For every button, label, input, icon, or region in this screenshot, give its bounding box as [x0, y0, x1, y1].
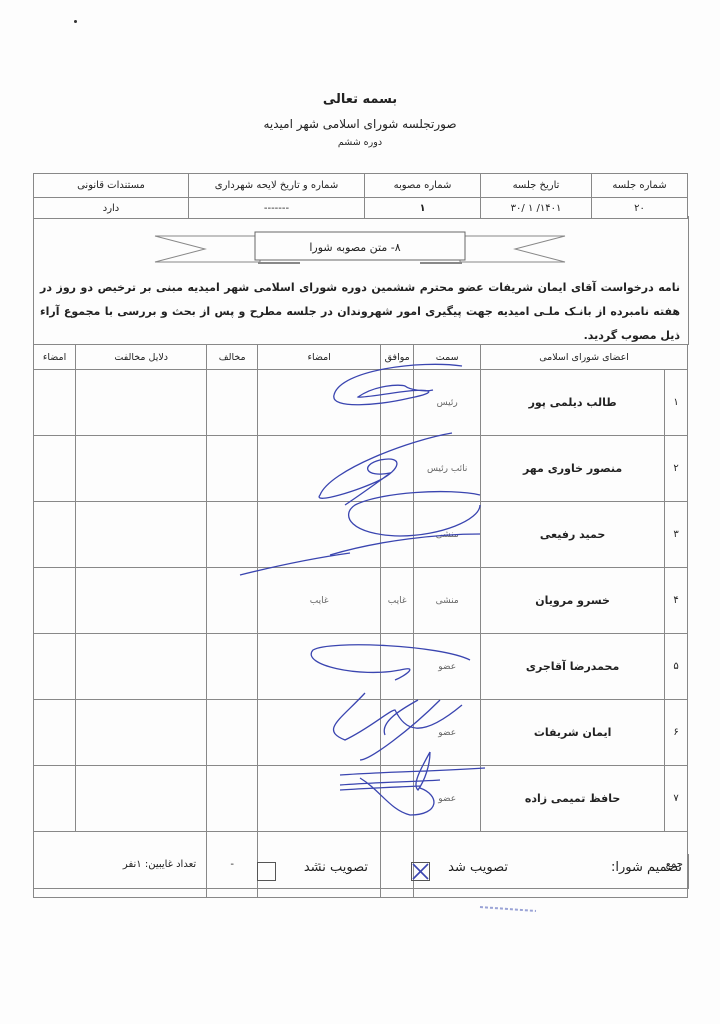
oppose-cell [207, 370, 258, 436]
member-number: ۳ [665, 502, 688, 568]
meta-header: مستندات قانونی [34, 174, 189, 198]
reasons-cell [76, 436, 207, 502]
signature-cell [258, 634, 381, 700]
agree-cell [381, 634, 414, 700]
meta-header: تاریخ جلسه [481, 174, 592, 198]
signature2-cell [34, 568, 76, 634]
scan-speck [74, 20, 77, 23]
approved-label: تصویب شد [448, 860, 508, 875]
oppose-cell [207, 766, 258, 832]
member-number: ۴ [665, 568, 688, 634]
reasons-cell [76, 700, 207, 766]
member-role: منشی [414, 502, 481, 568]
table-row: ۷ حافظ تمیمی زاده عضو [34, 766, 688, 832]
member-name: حافظ تمیمی زاده [481, 766, 665, 832]
member-role: عضو [414, 766, 481, 832]
member-name: ایمان شریفات [481, 700, 665, 766]
oppose-cell [207, 502, 258, 568]
signature2-cell [34, 502, 76, 568]
approved-checkbox[interactable] [411, 862, 430, 881]
member-role: عضو [414, 634, 481, 700]
signature-cell [258, 370, 381, 436]
agree-cell [381, 370, 414, 436]
agree-cell [381, 700, 414, 766]
resolution-heading: ۸- متن مصوبه شورا [255, 236, 455, 260]
signature2-cell [34, 436, 76, 502]
meta-header: شماره مصوبه [365, 174, 481, 198]
x-mark-icon [412, 863, 429, 880]
agree-cell: غایب [381, 568, 414, 634]
resolution-text: نامه درخواست آقای ایمان شریفات عضو محترم… [40, 276, 680, 348]
member-number: ۲ [665, 436, 688, 502]
col-header-members: اعضای شورای اسلامی [481, 345, 688, 370]
signature2-cell [34, 634, 76, 700]
rejected-label: تصویب نشد [304, 860, 368, 875]
document-title: صورتجلسه شورای اسلامی شهر امیدیه [0, 117, 720, 131]
reasons-cell [76, 502, 207, 568]
signature-cell [258, 700, 381, 766]
signature-cell: غایب [258, 568, 381, 634]
member-number: ۱ [665, 370, 688, 436]
reasons-cell [76, 370, 207, 436]
col-header-reasons: دلایل مخالفت [76, 345, 207, 370]
member-name: خسرو مرویان [481, 568, 665, 634]
member-role: منشی [414, 568, 481, 634]
member-name: حمید رفیعی [481, 502, 665, 568]
table-row: ۱ طالب دیلمی پور رئیس [34, 370, 688, 436]
table-row: ۳ حمید رفیعی منشی [34, 502, 688, 568]
reasons-cell [76, 634, 207, 700]
signature2-cell [34, 370, 76, 436]
table-row: ۴ خسرو مرویان منشی غایب غایب [34, 568, 688, 634]
signature-cell [258, 502, 381, 568]
table-row: ۲ منصور خاوری مهر نائب رئیس [34, 436, 688, 502]
col-header-signature: امضاء [258, 345, 381, 370]
member-name: طالب دیلمی پور [481, 370, 665, 436]
meta-table: شماره جلسه تاریخ جلسه شماره مصوبه شماره … [33, 173, 688, 219]
oppose-cell [207, 634, 258, 700]
agree-cell [381, 766, 414, 832]
signature-cell [258, 766, 381, 832]
member-role: نائب رئیس [414, 436, 481, 502]
signature-cell [258, 436, 381, 502]
rejected-checkbox[interactable] [257, 862, 276, 881]
member-role: رئیس [414, 370, 481, 436]
votes-table: اعضای شورای اسلامی سمت موافق امضاء مخالف… [33, 344, 688, 898]
member-name: محمدرضا آقاجری [481, 634, 665, 700]
member-number: ۶ [665, 700, 688, 766]
col-header-oppose: مخالف [207, 345, 258, 370]
document-page: بسمه تعالی صورتجلسه شورای اسلامی شهر امی… [0, 0, 720, 1024]
col-header-signature2: امضاء [34, 345, 76, 370]
council-decision: تصمیم شورا: تصویب شد تصویب نشد [33, 854, 689, 889]
oppose-cell [207, 436, 258, 502]
col-header-role: سمت [414, 345, 481, 370]
faint-stamp-mark [478, 905, 538, 913]
member-role: عضو [414, 700, 481, 766]
council-term: دوره ششم [0, 137, 720, 148]
reasons-cell [76, 568, 207, 634]
signature2-cell [34, 700, 76, 766]
meta-header: شماره جلسه [592, 174, 688, 198]
oppose-cell [207, 568, 258, 634]
table-row: ۵ محمدرضا آقاجری عضو [34, 634, 688, 700]
col-header-agree: موافق [381, 345, 414, 370]
agree-cell [381, 436, 414, 502]
signature2-cell [34, 766, 76, 832]
reasons-cell [76, 766, 207, 832]
member-number: ۵ [665, 634, 688, 700]
invocation: بسمه تعالی [0, 92, 720, 107]
decision-label: تصمیم شورا: [611, 860, 682, 875]
meta-header: شماره و تاریخ لایحه شهرداری [189, 174, 365, 198]
agree-cell [381, 502, 414, 568]
oppose-cell [207, 700, 258, 766]
table-row: ۶ ایمان شریفات عضو [34, 700, 688, 766]
member-name: منصور خاوری مهر [481, 436, 665, 502]
member-number: ۷ [665, 766, 688, 832]
